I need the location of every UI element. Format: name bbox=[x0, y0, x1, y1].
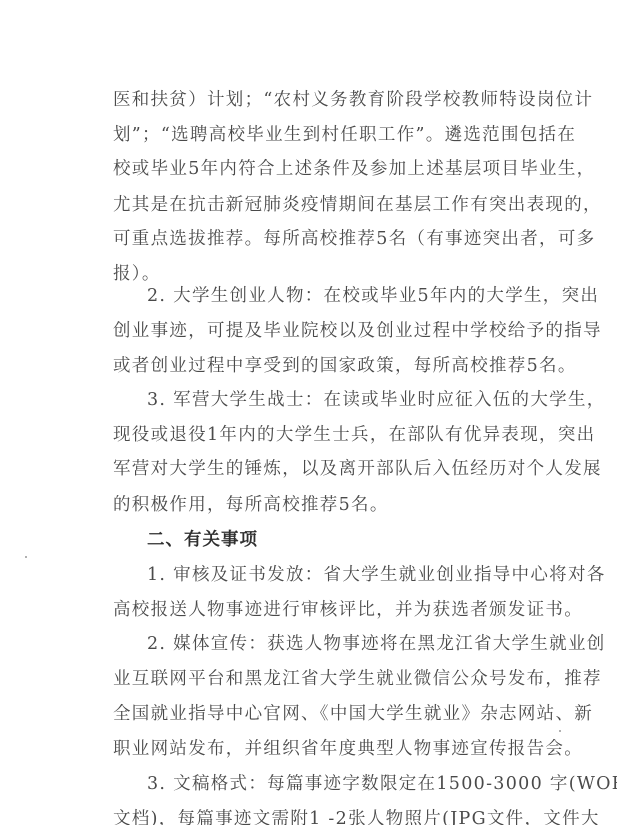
paragraph-line: 可重点选拔推荐。每所高校推荐5名（有事迹突出者，可多 bbox=[113, 228, 549, 250]
list-item-media: 2. 媒体宣传：获选人物事迹将在黑龙江省大学生就业创 bbox=[147, 633, 549, 655]
list-item-entrepreneur: 2. 大学生创业人物：在校或毕业5年内的大学生，突出 bbox=[147, 285, 549, 307]
paragraph-line: 尤其是在抗击新冠肺炎疫情期间在基层工作有突出表现的， bbox=[113, 194, 549, 216]
paragraph-line: 创业事迹，可提及毕业院校以及创业过程中学校给予的指导 bbox=[113, 320, 549, 342]
paragraph-line: 职业网站发布，并组织省年度典型人物事迹宣传报告会。 bbox=[113, 738, 549, 760]
paragraph-line: 现役或退役1年内的大学生士兵，在部队有优异表现，突出 bbox=[113, 424, 549, 446]
scan-speck bbox=[25, 556, 27, 558]
paragraph-line: 报）。 bbox=[113, 263, 549, 285]
paragraph-line: 军营对大学生的锤炼，以及离开部队后入伍经历对个人发展 bbox=[113, 458, 549, 480]
paragraph-line: 划”；“选聘高校毕业生到村任职工作”。遴选范围包括在 bbox=[113, 124, 549, 146]
paragraph-line: 文档)，每篇事迹文需附1 -2张人物照片(JPG文件，文件大 bbox=[113, 808, 549, 825]
scan-speck bbox=[559, 730, 561, 732]
list-item-soldier: 3. 军营大学生战士：在读或毕业时应征入伍的大学生， bbox=[147, 389, 549, 411]
section-heading: 二、有关事项 bbox=[147, 529, 583, 551]
list-item-review: 1. 审核及证书发放：省大学生就业创业指导中心将对各 bbox=[147, 564, 549, 586]
document-page: 医和扶贫）计划；“农村义务教育阶段学校教师特设岗位计 划”；“选聘高校毕业生到村… bbox=[0, 0, 617, 825]
paragraph-line: 的积极作用，每所高校推荐5名。 bbox=[113, 494, 549, 516]
paragraph-line: 高校报送人物事迹进行审核评比，并为获选者颁发证书。 bbox=[113, 599, 549, 621]
paragraph-line: 或者创业过程中享受到的国家政策，每所高校推荐5名。 bbox=[113, 355, 549, 377]
paragraph-line: 业互联网平台和黑龙江省大学生就业微信公众号发布，推荐 bbox=[113, 668, 549, 690]
paragraph-line: 校或毕业5年内符合上述条件及参加上述基层项目毕业生， bbox=[113, 158, 549, 180]
list-item-format: 3. 文稿格式：每篇事迹字数限定在1500-3000 字(WORD bbox=[147, 773, 549, 795]
paragraph-line: 全国就业指导中心官网、《中国大学生就业》杂志网站、新 bbox=[113, 703, 549, 725]
paragraph-line: 医和扶贫）计划；“农村义务教育阶段学校教师特设岗位计 bbox=[113, 89, 549, 111]
